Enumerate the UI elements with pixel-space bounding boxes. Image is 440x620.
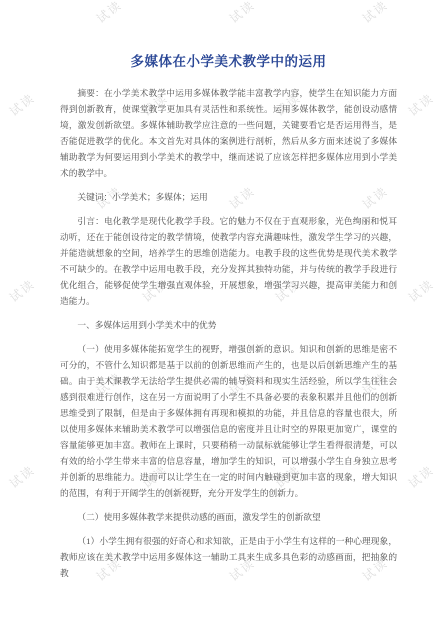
keywords-line: 关键词：小学美术；多媒体；运用 [60, 189, 397, 205]
document-title: 多媒体在小学美术教学中的运用 [60, 50, 397, 70]
paragraph-advantage-vision: （一）使用多媒体能拓宽学生的视野，增强创新的意识。知识和创新的思维是密不可分的，… [60, 341, 397, 501]
introduction-paragraph: 引言：电化教学是现代化教学手段。它的魅力不仅在于直观形象，光色绚丽和悦耳动听，还… [60, 213, 397, 309]
document-content: 多媒体在小学美术教学中的运用 摘要：在小学美术教学中运用多媒体教学能丰富教学内容… [0, 0, 440, 581]
abstract-paragraph: 摘要：在小学美术教学中运用多媒体教学能丰富教学内容，使学生在知识能力方面得到创新… [60, 85, 397, 181]
document-page: 试读试读试读试读试读试读试读试读试读试读试读试读试读试读试读试读试读试读试读试读… [0, 0, 440, 620]
paragraph-curiosity: （1）小学生拥有很强的好奇心和求知欲，正是由于小学生有这样的一种心理现象，教师应… [60, 533, 397, 581]
subsection-heading-dynamic-pictures: （二）使用多媒体教学来提供动感的画面，激发学生的创新欲望 [60, 509, 397, 525]
section-heading-advantages: 一、多媒体运用到小学美术中的优势 [60, 317, 397, 333]
